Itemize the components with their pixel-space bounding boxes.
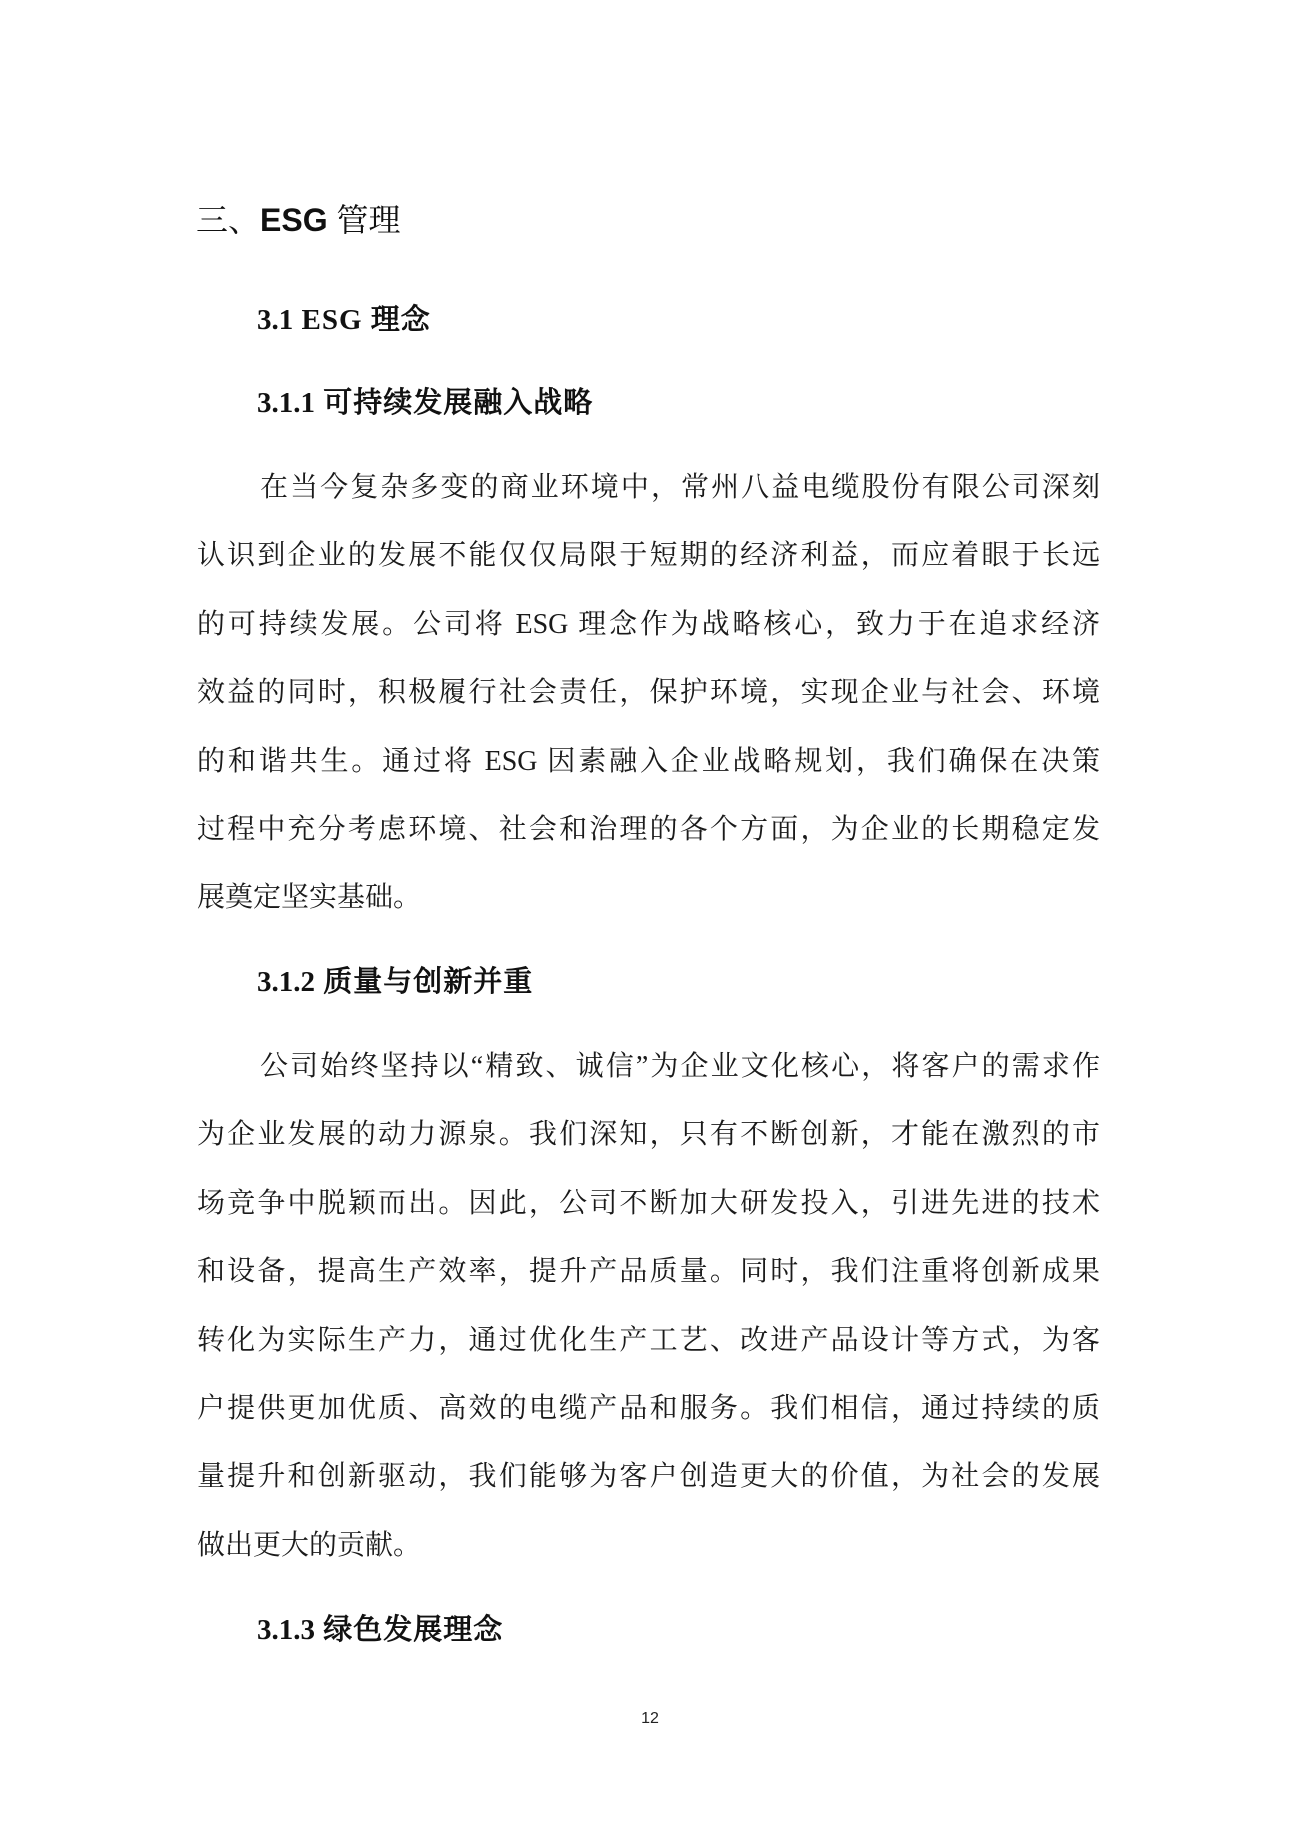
page-number: 12 bbox=[600, 1706, 700, 1732]
section-number: 3.1.2 bbox=[257, 966, 315, 998]
paragraph-line: 量提升和创新驱动，我们能够为客户创造更大的价值，为社会的发展 bbox=[197, 1443, 1100, 1511]
paragraph-line: 展奠定坚实基础。 bbox=[197, 864, 1100, 932]
chapter-title: 三、ESG 管理 bbox=[196, 200, 401, 240]
section-title: 绿色发展理念 bbox=[315, 1614, 503, 1646]
section-heading-3-1-1: 3.1.1 可持续发展融入战略 bbox=[257, 383, 593, 423]
document-page: 三、ESG 管理 3.1 ESG 理念 3.1.1 可持续发展融入战略 在当今复… bbox=[0, 0, 1300, 1838]
paragraph-3-1-1: 在当今复杂多变的商业环境中，常州八益电缆股份有限公司深刻 认识到企业的发展不能仅… bbox=[197, 454, 1100, 933]
paragraph-line: 为企业发展的动力源泉。我们深知，只有不断创新，才能在激烈的市 bbox=[197, 1101, 1100, 1169]
paragraph-line: 的可持续发展。公司将 ESG 理念作为战略核心，致力于在追求经济 bbox=[197, 591, 1100, 659]
paragraph-line: 户提供更加优质、高效的电缆产品和服务。我们相信，通过持续的质 bbox=[197, 1375, 1100, 1443]
paragraph-line: 的和谐共生。通过将 ESG 因素融入企业战略规划，我们确保在决策 bbox=[197, 728, 1100, 796]
chapter-title-suffix: 管理 bbox=[328, 202, 401, 238]
paragraph-line: 认识到企业的发展不能仅仅局限于短期的经济利益，而应着眼于长远 bbox=[197, 522, 1100, 590]
section-title: 可持续发展融入战略 bbox=[315, 387, 593, 419]
section-title: 质量与创新并重 bbox=[315, 966, 533, 998]
paragraph-line: 场竞争中脱颖而出。因此，公司不断加大研发投入，引进先进的技术 bbox=[197, 1170, 1100, 1238]
paragraph-line: 在当今复杂多变的商业环境中，常州八益电缆股份有限公司深刻 bbox=[197, 454, 1100, 522]
paragraph-3-1-2: 公司始终坚持以“精致、诚信”为企业文化核心，将客户的需求作 为企业发展的动力源泉… bbox=[197, 1033, 1100, 1580]
paragraph-line: 和设备，提高生产效率，提升产品质量。同时，我们注重将创新成果 bbox=[197, 1238, 1100, 1306]
section-number: 3.1.1 bbox=[257, 387, 315, 419]
section-heading-3-1-2: 3.1.2 质量与创新并重 bbox=[257, 962, 533, 1002]
paragraph-line: 转化为实际生产力，通过优化生产工艺、改进产品设计等方式，为客 bbox=[197, 1307, 1100, 1375]
paragraph-line: 效益的同时，积极履行社会责任，保护环境，实现企业与社会、环境 bbox=[197, 659, 1100, 727]
paragraph-line: 做出更大的贡献。 bbox=[197, 1512, 1100, 1580]
section-number: 3.1 bbox=[257, 304, 293, 336]
section-number: 3.1.3 bbox=[257, 1614, 315, 1646]
paragraph-line: 过程中充分考虑环境、社会和治理的各个方面，为企业的长期稳定发 bbox=[197, 796, 1100, 864]
chapter-title-prefix: 三、 bbox=[196, 202, 260, 238]
section-title: ESG 理念 bbox=[293, 304, 431, 336]
paragraph-line: 公司始终坚持以“精致、诚信”为企业文化核心，将客户的需求作 bbox=[197, 1033, 1100, 1101]
section-heading-3-1: 3.1 ESG 理念 bbox=[257, 300, 431, 340]
section-heading-3-1-3: 3.1.3 绿色发展理念 bbox=[257, 1610, 503, 1650]
chapter-title-latin: ESG bbox=[260, 202, 328, 238]
